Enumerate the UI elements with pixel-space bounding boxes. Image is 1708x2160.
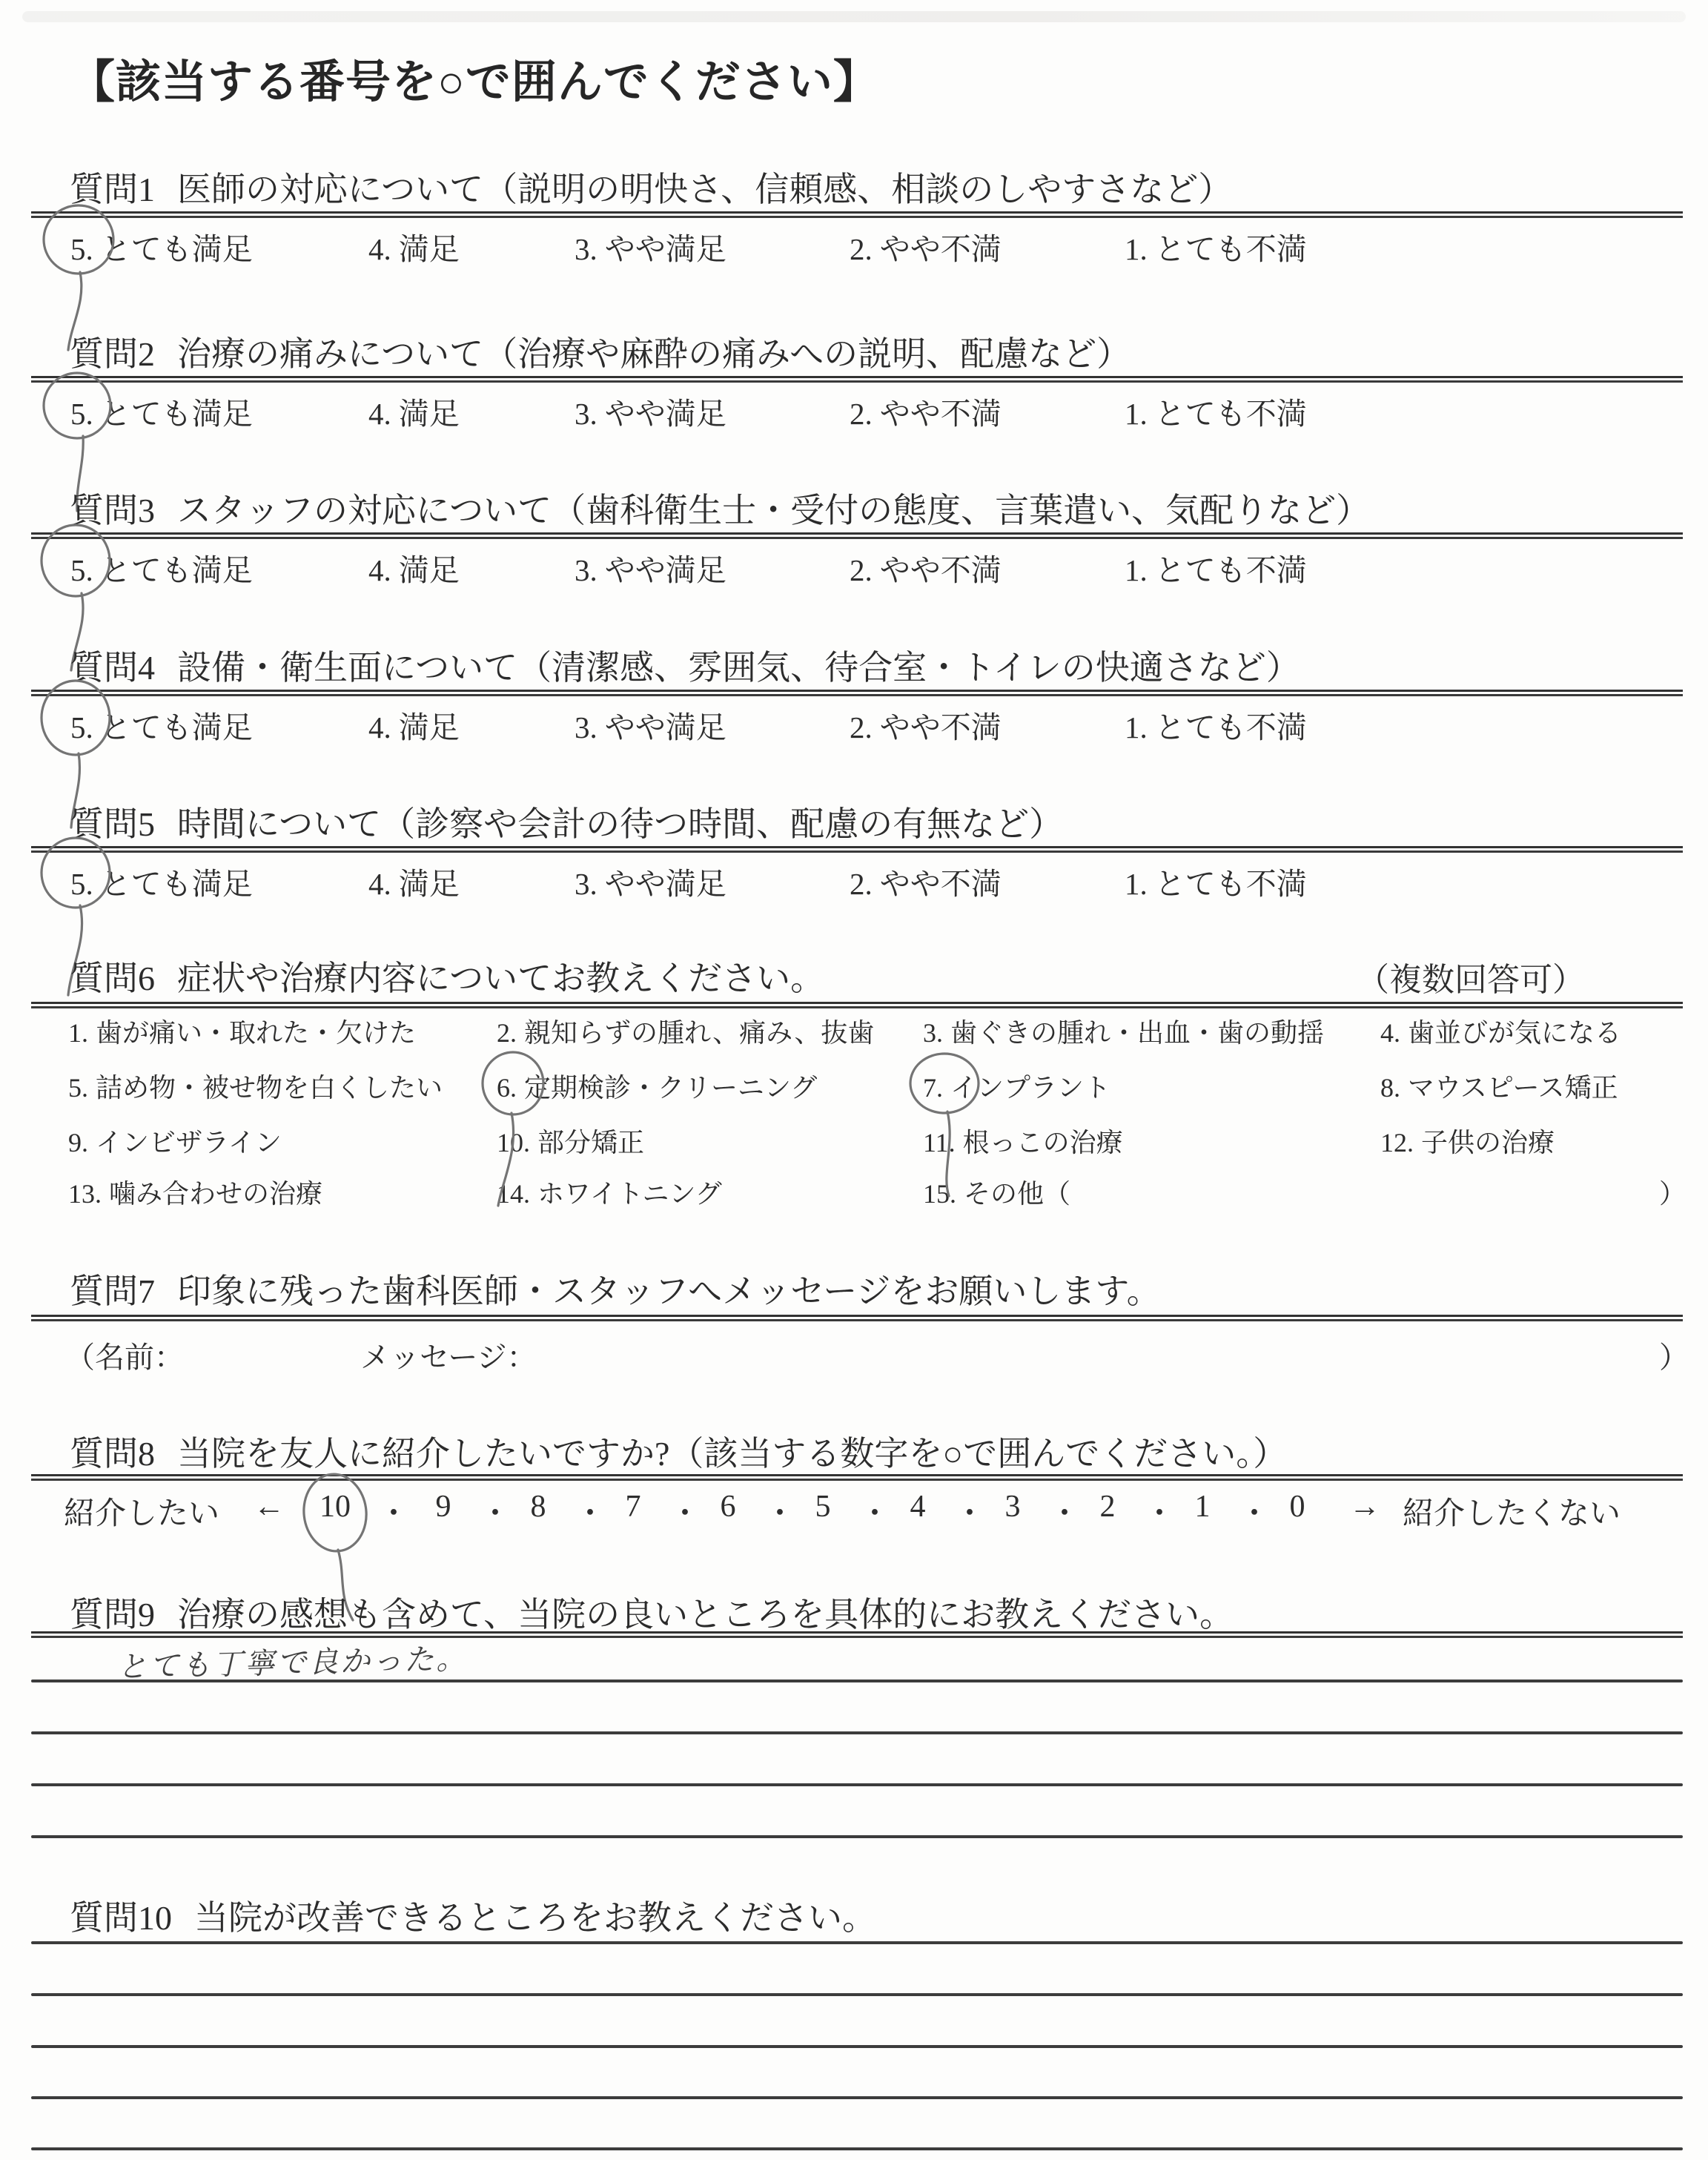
question-5-heading: 質問5時間について（診察や会計の待つ時間、配慮の有無など） [70,797,1063,846]
item-label: 噛み合わせの治療 [109,1179,322,1209]
option-number: 5. [70,710,93,744]
question-5-section: 質問5時間について（診察や会計の待つ時間、配慮の有無など） 5.とても満足 4.… [0,797,1708,960]
question-title: 医師の対応について（説明の明快さ、信頼感、相談のしやすさなど） [177,171,1232,208]
answer-line [31,2045,1683,2048]
form-instruction-title: 【該当する番号を○で囲んでください】 [70,46,879,110]
scale-number-6: 6 [702,1489,754,1525]
answer-line [31,1783,1683,1786]
item-number: 8. [1380,1073,1400,1103]
symptom-item-3: 3.歯ぐきの腫れ・出血・歯の動揺 [923,1012,1324,1050]
option-rating-3: 3.やや満足 [575,859,726,903]
option-rating-4: 4.満足 [368,546,460,589]
question-title: 当院を友人に紹介したいですか?（該当する数字を○で囲んでください。） [177,1435,1287,1473]
scale-number-9: 9 [417,1489,469,1525]
option-rating-3: 3.やや満足 [575,546,726,589]
question-number: 質問3 [70,492,155,529]
divider-rule [31,211,1683,218]
answer-line [31,1941,1683,1944]
handwritten-answer: とても丁寧で良かった。 [116,1635,468,1686]
option-number: 1. [1125,232,1148,266]
symptom-item-8: 8.マウスピース矯正 [1380,1067,1618,1105]
scale-number-1: 1 [1176,1489,1228,1525]
option-number: 3. [575,867,598,901]
option-label: とても不満 [1155,553,1307,587]
question-4-section: 質問4設備・衛生面について（清潔感、雰囲気、待合室・トイレの快適さなど） 5.と… [0,641,1708,804]
item-label: 部分矯正 [537,1128,644,1157]
option-rating-3: 3.やや満足 [575,225,726,268]
question-1-section: 質問1医師の対応について（説明の明快さ、信頼感、相談のしやすさなど） 5.とても… [0,162,1708,326]
divider-rule [31,376,1683,383]
question-number: 質問1 [70,171,155,208]
scale-number-7: 7 [607,1489,659,1525]
divider-rule [31,1002,1683,1008]
answer-line [31,1835,1683,1838]
option-rating-1: 1.とても不満 [1125,546,1307,589]
symptom-item-12: 12.子供の治療 [1380,1122,1555,1160]
option-rating-5: 5.とても満足 [70,859,253,903]
option-number: 2. [850,710,873,744]
option-rating-5: 5.とても満足 [70,225,253,268]
question-3-section: 質問3スタッフの対応について（歯科衛生士・受付の態度、言葉遣い、気配りなど） 5… [0,483,1708,647]
option-rating-5: 5.とても満足 [70,389,253,433]
scale-separator: ・ [480,1489,502,1533]
option-rating-2: 2.やや不満 [850,859,1002,903]
option-number: 3. [575,232,598,266]
option-number: 1. [1125,397,1148,431]
scale-number-4: 4 [892,1489,944,1525]
item-label: 親知らずの腫れ、痛み、抜歯 [524,1018,874,1048]
scale-number-3: 3 [987,1489,1039,1525]
divider-rule [31,532,1683,539]
symptom-item-15: 15.その他（ [923,1173,1070,1211]
item-number: 13. [68,1179,102,1209]
option-rating-3: 3.やや満足 [575,703,726,747]
item-number: 10. [497,1128,530,1157]
question-number: 質問5 [70,805,155,843]
option-rating-2: 2.やや不満 [850,225,1002,268]
option-number: 5. [70,232,93,266]
name-field-label: （名前： [65,1334,184,1376]
question-2-heading: 質問2治療の痛みについて（治療や麻酔の痛みへの説明、配慮など） [70,327,1131,376]
option-label: とても不満 [1155,710,1307,744]
symptom-item-4: 4.歯並びが気になる [1380,1012,1621,1050]
rating-options-row: 5.とても満足 4.満足 3.やや満足 2.やや不満 1.とても不満 [0,546,1708,593]
question-title: 治療の感想も含めて、当院の良いところを具体的にお教えください。 [177,1596,1234,1634]
question-10-heading: 質問10当院が改善できるところをお教えください。 [70,1891,876,1940]
option-label: 満足 [399,867,460,901]
answer-line [31,1680,1683,1682]
question-8-heading: 質問8当院を友人に紹介したいですか?（該当する数字を○で囲んでください。） [70,1427,1287,1476]
item-number: 3. [923,1018,943,1048]
item-label: 歯が痛い・取れた・欠けた [96,1018,416,1048]
option-label: とても満足 [101,397,253,431]
question-number: 質問6 [70,960,155,997]
left-arrow-icon: ← [254,1489,285,1525]
symptom-item-6: 6.定期検診・クリーニング [497,1067,817,1105]
option-rating-1: 1.とても不満 [1125,703,1307,747]
question-1-heading: 質問1医師の対応について（説明の明快さ、信頼感、相談のしやすさなど） [70,162,1232,211]
option-number: 3. [575,710,598,744]
divider-rule [31,1315,1683,1321]
item-label: 定期検診・クリーニング [524,1073,817,1103]
question-number: 質問9 [70,1596,155,1634]
option-label: とても不満 [1155,232,1307,266]
option-label: 満足 [399,553,460,587]
survey-sheet: 【該当する番号を○で囲んでください】 質問1医師の対応について（説明の明快さ、信… [0,0,1708,2160]
scale-separator: ・ [1239,1489,1261,1533]
question-number: 質問2 [70,335,155,373]
item-number: 4. [1380,1018,1400,1048]
question-number: 質問10 [70,1899,172,1937]
option-number: 4. [368,710,391,744]
item-label: マウスピース矯正 [1408,1073,1618,1103]
option-rating-1: 1.とても不満 [1125,389,1307,433]
divider-rule [31,1631,1683,1638]
item-label: インプラント [950,1073,1110,1103]
item-label: その他（ [964,1179,1070,1209]
option-label: とても不満 [1155,867,1307,901]
option-label: やや満足 [605,710,726,744]
option-number: 2. [850,553,873,587]
option-number: 4. [368,553,391,587]
item-number: 6. [497,1073,517,1103]
question-7-section: 質問7印象に残った歯科医師・スタッフへメッセージをお願いします。 （名前： メッ… [0,1264,1708,1398]
other-close-paren: ） [1659,1173,1686,1211]
option-label: 満足 [399,710,460,744]
option-rating-2: 2.やや不満 [850,389,1002,433]
message-field-label: メッセージ： [360,1334,537,1376]
symptom-item-2: 2.親知らずの腫れ、痛み、抜歯 [497,1012,874,1050]
option-label: とても満足 [101,867,253,901]
multiple-answers-note: （複数回答可） [1357,953,1585,1000]
option-number: 2. [850,232,873,266]
option-label: やや満足 [605,397,726,431]
item-label: 根っこの治療 [963,1128,1123,1157]
option-label: とても満足 [101,710,253,744]
item-number: 2. [497,1018,517,1048]
scale-left-label: 紹介したい [64,1489,219,1533]
symptom-item-9: 9.インビザライン [68,1122,282,1160]
answer-line [31,2147,1683,2150]
question-title: スタッフの対応について（歯科衛生士・受付の態度、言葉遣い、気配りなど） [177,492,1370,529]
option-number: 5. [70,397,93,431]
scale-number-0: 0 [1271,1489,1323,1525]
question-title: 治療の痛みについて（治療や麻酔の痛みへの説明、配慮など） [177,335,1131,373]
option-rating-3: 3.やや満足 [575,389,726,433]
scale-number-2: 2 [1082,1489,1133,1525]
question-title: 症状や治療内容についてお教えください。 [177,960,824,997]
option-label: 満足 [399,397,460,431]
option-rating-4: 4.満足 [368,225,460,268]
item-label: 子供の治療 [1421,1128,1555,1157]
option-rating-1: 1.とても不満 [1125,859,1307,903]
symptom-item-11: 11.根っこの治療 [923,1122,1123,1160]
item-label: 歯ぐきの腫れ・出血・歯の動揺 [950,1018,1324,1048]
question-9-section: 質問9治療の感想も含めて、当院の良いところを具体的にお教えください。 とても丁寧… [0,1588,1708,1869]
item-number: 9. [68,1128,88,1157]
answer-line [31,1731,1683,1734]
option-number: 4. [368,397,391,431]
option-number: 3. [575,553,598,587]
closing-paren: ） [1659,1334,1689,1376]
item-number: 14. [497,1179,530,1209]
question-9-heading: 質問9治療の感想も含めて、当院の良いところを具体的にお教えください。 [70,1588,1234,1636]
item-label: インビザライン [96,1128,282,1157]
symptom-item-1: 1.歯が痛い・取れた・欠けた [68,1012,416,1050]
option-rating-5: 5.とても満足 [70,703,253,747]
rating-options-row: 5.とても満足 4.満足 3.やや満足 2.やや不満 1.とても不満 [0,389,1708,437]
symptom-item-13: 13.噛み合わせの治療 [68,1173,322,1211]
option-number: 1. [1125,867,1148,901]
scale-separator: ・ [954,1489,976,1533]
scale-separator: ・ [1144,1489,1166,1533]
symptom-item-14: 14.ホワイトニング [497,1173,722,1211]
option-label: やや満足 [605,867,726,901]
option-label: やや不満 [880,232,1002,266]
scale-separator: ・ [1049,1489,1071,1533]
option-number: 4. [368,867,391,901]
right-arrow-icon: → [1349,1489,1380,1525]
rating-options-row: 5.とても満足 4.満足 3.やや満足 2.やや不満 1.とても不満 [0,703,1708,750]
question-7-heading: 質問7印象に残った歯科医師・スタッフへメッセージをお願いします。 [70,1264,1161,1313]
scale-separator: ・ [575,1489,597,1533]
question-number: 質問8 [70,1435,155,1473]
scale-right-label: 紹介したくない [1403,1489,1621,1533]
item-number: 1. [68,1018,88,1048]
question-6-heading: 質問6症状や治療内容についてお教えください。 [70,951,824,1000]
item-number: 5. [68,1073,88,1103]
item-number: 11. [923,1128,956,1157]
option-rating-2: 2.やや不満 [850,546,1002,589]
scale-separator: ・ [764,1489,787,1533]
option-rating-2: 2.やや不満 [850,703,1002,747]
option-number: 2. [850,397,873,431]
option-number: 1. [1125,553,1148,587]
option-label: とても満足 [101,553,253,587]
item-number: 15. [923,1179,956,1209]
option-label: やや不満 [880,710,1002,744]
option-label: とても満足 [101,232,253,266]
question-title: 当院が改善できるところをお教えください。 [194,1899,876,1937]
scale-separator: ・ [378,1489,400,1533]
question-6-section: 質問6症状や治療内容についてお教えください。 （複数回答可） 1.歯が痛い・取れ… [0,951,1708,1248]
option-label: やや満足 [605,232,726,266]
option-label: とても不満 [1155,397,1307,431]
option-rating-4: 4.満足 [368,859,460,903]
item-number: 12. [1380,1128,1414,1157]
option-rating-5: 5.とても満足 [70,546,253,589]
symptom-item-5: 5.詰め物・被せ物を白くしたい [68,1067,443,1105]
scale-number-10: 10 [309,1489,361,1525]
option-label: やや不満 [880,867,1002,901]
option-label: 満足 [399,232,460,266]
question-title: 印象に残った歯科医師・スタッフへメッセージをお願いします。 [177,1272,1161,1310]
recommend-scale: 紹介したい ← 10 ・ 9 ・ 8 ・ 7 ・ 6 ・ 5 ・ 4 ・ 3 ・… [0,1489,1708,1541]
question-10-section: 質問10当院が改善できるところをお教えください。 [0,1891,1708,2158]
item-number: 7. [923,1073,943,1103]
option-rating-4: 4.満足 [368,389,460,433]
answer-line [31,1993,1683,1996]
scale-separator: ・ [669,1489,692,1533]
question-number: 質問4 [70,649,155,687]
scale-number-8: 8 [512,1489,564,1525]
option-number: 5. [70,867,93,901]
option-number: 2. [850,867,873,901]
option-number: 5. [70,553,93,587]
scale-separator: ・ [859,1489,881,1533]
option-rating-4: 4.満足 [368,703,460,747]
divider-rule [31,690,1683,696]
option-rating-1: 1.とても不満 [1125,225,1307,268]
answer-line [31,2096,1683,2099]
option-number: 1. [1125,710,1148,744]
question-title: 時間について（診察や会計の待つ時間、配慮の有無など） [177,805,1063,843]
option-label: やや不満 [880,553,1002,587]
question-4-heading: 質問4設備・衛生面について（清潔感、雰囲気、待合室・トイレの快適さなど） [70,641,1300,690]
rating-options-row: 5.とても満足 4.満足 3.やや満足 2.やや不満 1.とても不満 [0,859,1708,907]
item-label: 詰め物・被せ物を白くしたい [96,1073,443,1103]
symptom-item-10: 10.部分矯正 [497,1122,644,1160]
option-label: やや不満 [880,397,1002,431]
question-3-heading: 質問3スタッフの対応について（歯科衛生士・受付の態度、言葉遣い、気配りなど） [70,483,1370,532]
divider-rule [31,1474,1683,1481]
question-2-section: 質問2治療の痛みについて（治療や麻酔の痛みへの説明、配慮など） 5.とても満足 … [0,327,1708,490]
symptom-item-7: 7.インプラント [923,1067,1110,1105]
question-title: 設備・衛生面について（清潔感、雰囲気、待合室・トイレの快適さなど） [177,649,1300,687]
item-label: ホワイトニング [537,1179,722,1209]
option-number: 3. [575,397,598,431]
option-label: やや満足 [605,553,726,587]
option-number: 4. [368,232,391,266]
question-number: 質問7 [70,1272,155,1310]
item-label: 歯並びが気になる [1408,1018,1621,1048]
scan-artifact [22,11,1686,22]
divider-rule [31,846,1683,853]
scale-number-5: 5 [797,1489,849,1525]
rating-options-row: 5.とても満足 4.満足 3.やや満足 2.やや不満 1.とても不満 [0,225,1708,272]
